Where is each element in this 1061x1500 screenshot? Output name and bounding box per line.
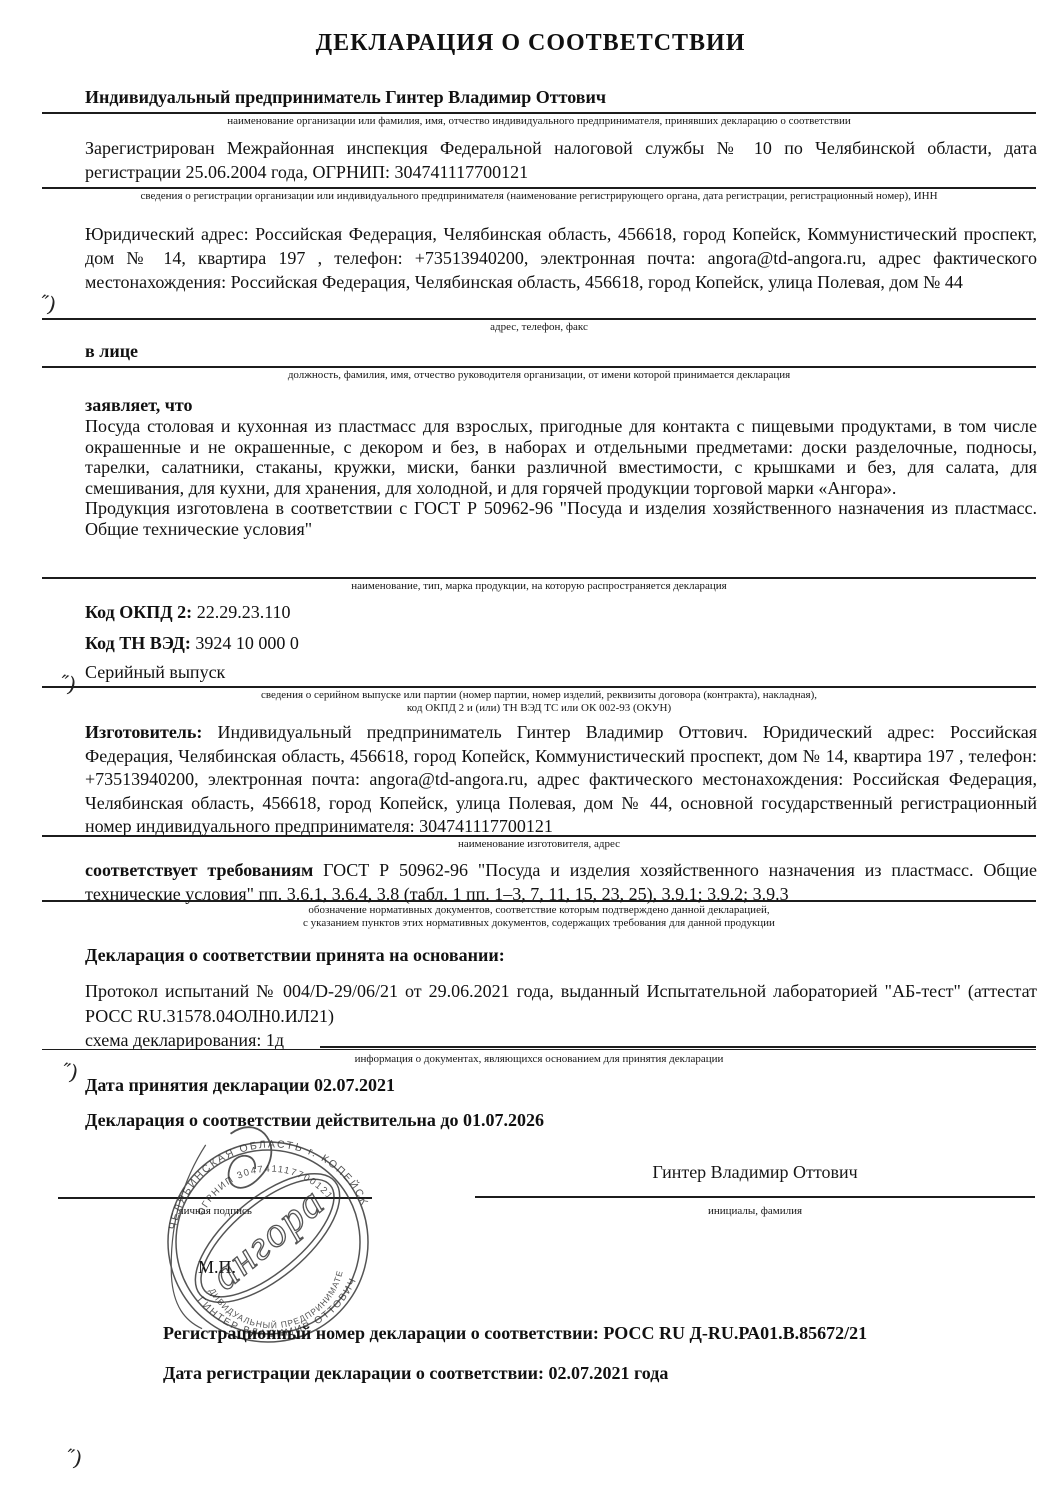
conformity-label: соответствует требованиям [85, 860, 313, 880]
declares-label: заявляет, что [85, 394, 1037, 417]
divider [42, 900, 1036, 902]
registration-caption: сведения о регистрации организации или и… [42, 190, 1036, 203]
signer-name: Гинтер Владимир Оттович [475, 1162, 1035, 1183]
in-person-caption: должность, фамилия, имя, отчество руково… [42, 369, 1036, 382]
initials-surname-caption: инициалы, фамилия [475, 1205, 1035, 1217]
divider [42, 835, 1036, 837]
registration-date: Дата регистрации декларации о соответств… [163, 1362, 1043, 1385]
conformity-caption-line2: с указанием пунктов этих нормативных док… [42, 917, 1036, 930]
serial-issue: Серийный выпуск [85, 661, 1037, 684]
okpd-label: Код ОКПД 2: [85, 602, 192, 622]
tnved-label: Код ТН ВЭД: [85, 633, 191, 653]
tnved-code-row: Код ТН ВЭД: 3924 10 000 0 [85, 632, 1037, 655]
divider [42, 577, 1036, 579]
tnved-value: 3924 10 000 0 [195, 633, 299, 653]
divider [42, 187, 1036, 189]
divider [320, 1046, 1036, 1048]
registration-text: Зарегистрирован Межрайонная инспекция Фе… [85, 137, 1037, 184]
applicant-name: Индивидуальный предприниматель Гинтер Вл… [85, 86, 1037, 109]
gost-made-text: Продукция изготовлена в соответствии с Г… [85, 498, 1037, 539]
product-caption: наименование, тип, марка продукции, на к… [42, 580, 1036, 593]
divider [42, 366, 1036, 368]
declaration-document: ДЕКЛАРАЦИЯ О СООТВЕТСТВИИ Индивидуальный… [0, 0, 1061, 1500]
protocol-text: Протокол испытаний № 004/D-29/06/21 от 2… [85, 979, 1037, 1029]
manufacturer-paragraph: Изготовитель: Индивидуальный предпринима… [85, 721, 1037, 839]
codes-caption-line2: код ОКПД 2 и (или) ТН ВЭД ТС или ОК 002-… [42, 702, 1036, 715]
adoption-date: Дата принятия декларации 02.07.2021 [85, 1074, 1037, 1097]
conformity-caption-line1: обозначение нормативных документов, соот… [42, 904, 1036, 917]
basis-heading: Декларация о соответствии принята на осн… [85, 944, 1037, 967]
page-title: ДЕКЛАРАЦИЯ О СООТВЕТСТВИИ [0, 30, 1061, 57]
signature-line-right [475, 1196, 1035, 1198]
address-caption: адрес, телефон, факс [42, 321, 1036, 334]
registration-number: Регистрационный номер декларации о соотв… [163, 1322, 1043, 1345]
divider [42, 1049, 1036, 1050]
conformity-paragraph: соответствует требованиям ГОСТ Р 50962-9… [85, 858, 1037, 906]
manufacturer-caption: наименование изготовителя, адрес [42, 838, 1036, 851]
manufacturer-label: Изготовитель: [85, 722, 202, 742]
product-text: Посуда столовая и кухонная из пластмасс … [85, 416, 1037, 498]
legal-address-text: Юридический адрес: Российская Федерация,… [85, 222, 1037, 294]
manufacturer-text: Индивидуальный предприниматель Гинтер Вл… [85, 722, 1037, 836]
codes-caption-line1: сведения о серийном выпуске или партии (… [42, 689, 1036, 702]
basis-caption: информация о документах, являющихся осно… [42, 1053, 1036, 1066]
margin-scan-mark: ″) [37, 290, 58, 317]
divider [42, 686, 1036, 688]
divider [42, 318, 1036, 320]
in-person-label: в лице [85, 340, 1037, 363]
product-description: Посуда столовая и кухонная из пластмасс … [85, 416, 1037, 539]
okpd-code-row: Код ОКПД 2: 22.29.23.110 [85, 601, 1037, 624]
okpd-value: 22.29.23.110 [197, 602, 291, 622]
applicant-caption: наименование организации или фамилия, им… [42, 115, 1036, 128]
margin-scan-mark: ″) [63, 1444, 84, 1471]
divider [42, 112, 1036, 114]
